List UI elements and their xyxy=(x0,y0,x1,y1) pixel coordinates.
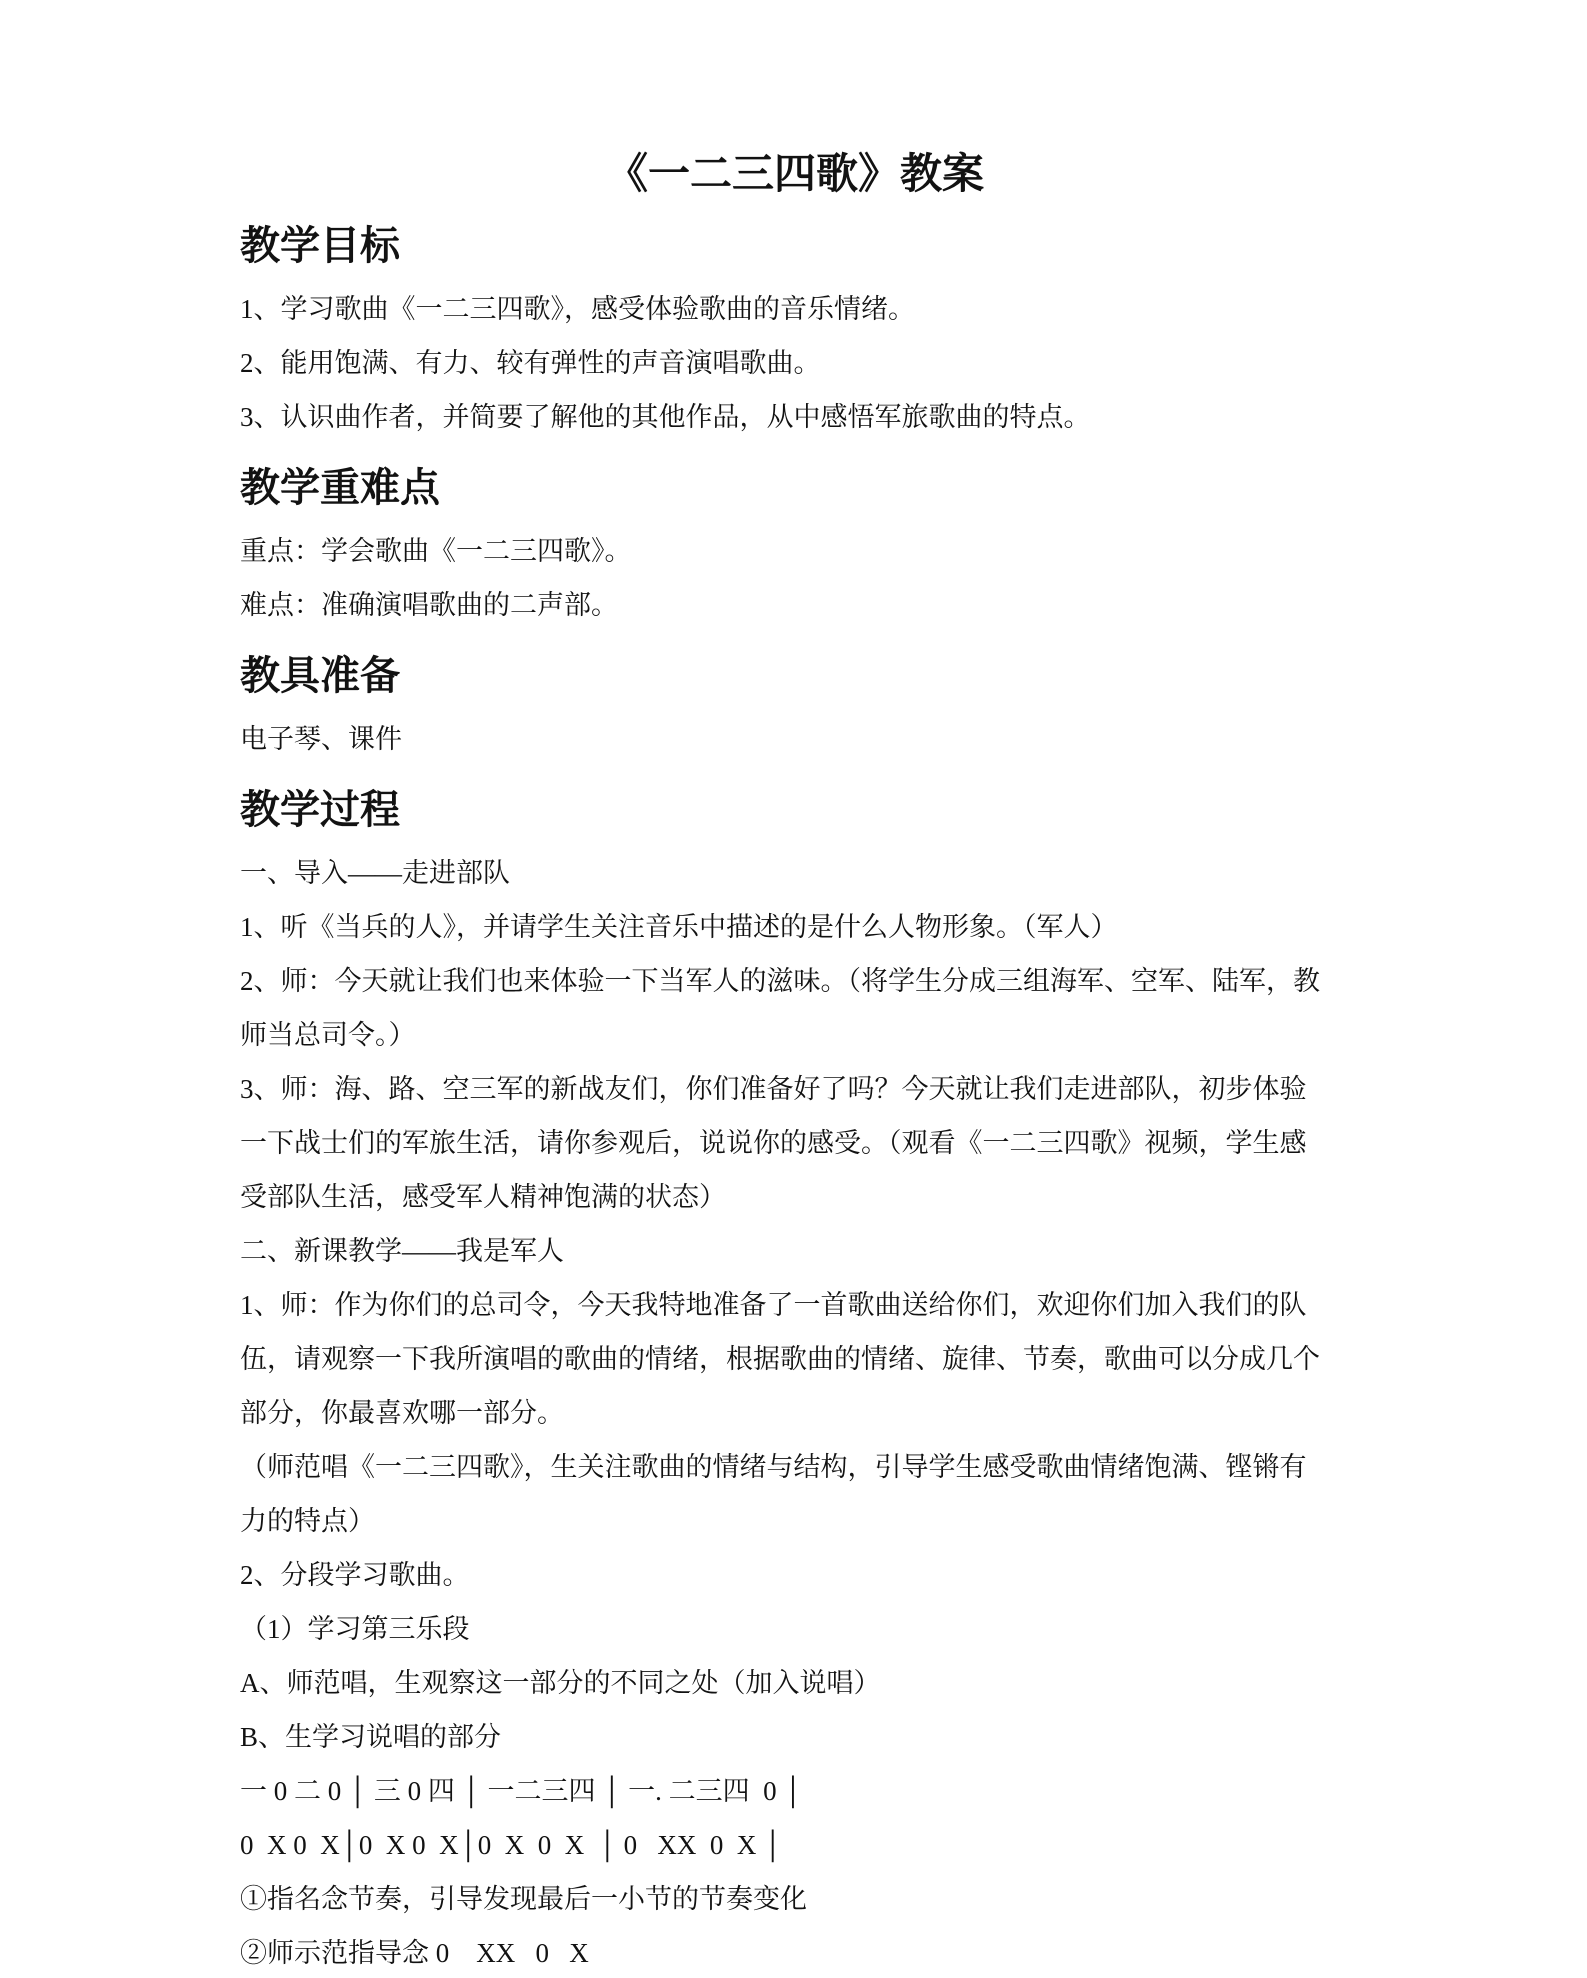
doc-line: 部分，你最喜欢哪一部分。 xyxy=(240,1386,1350,1440)
doc-line: 力的特点） xyxy=(240,1494,1350,1548)
rhythm-notation-line: 0 X 0 X│0 X 0 X│0 X 0 X │ 0 XX 0 X │ xyxy=(240,1818,1350,1872)
doc-line: ①指名念节奏，引导发现最后一小节的节奏变化 xyxy=(240,1872,1350,1926)
doc-line: （师范唱《一二三四歌》，生关注歌曲的情绪与结构，引导学生感受歌曲情绪饱满、铿锵有 xyxy=(240,1440,1350,1494)
doc-line: 1、听《当兵的人》，并请学生关注音乐中描述的是什么人物形象。（军人） xyxy=(240,900,1350,954)
section-heading-process: 教学过程 xyxy=(240,786,1350,834)
document-title: 《一二三四歌》教案 xyxy=(240,150,1350,200)
doc-line: B、生学习说唱的部分 xyxy=(240,1710,1350,1764)
doc-line: 二、新课教学——我是军人 xyxy=(240,1224,1350,1278)
doc-line: 2、分段学习歌曲。 xyxy=(240,1548,1350,1602)
doc-line: 伍，请观察一下我所演唱的歌曲的情绪，根据歌曲的情绪、旋律、节奏，歌曲可以分成几个 xyxy=(240,1332,1350,1386)
doc-line: 一下战士们的军旅生活，请你参观后，说说你的感受。（观看《一二三四歌》视频，学生感 xyxy=(240,1116,1350,1170)
doc-line: ②师示范指导念 0 XX 0 X xyxy=(240,1926,1350,1978)
section-heading-key-points: 教学重难点 xyxy=(240,464,1350,512)
doc-line: 难点：准确演唱歌曲的二声部。 xyxy=(240,578,1350,632)
doc-line: 重点：学会歌曲《一二三四歌》。 xyxy=(240,524,1350,578)
section-teaching-process: 教学过程 一、导入——走进部队 1、听《当兵的人》，并请学生关注音乐中描述的是什… xyxy=(240,786,1350,1978)
doc-line: 一、导入——走进部队 xyxy=(240,846,1350,900)
section-teaching-aids: 教具准备 电子琴、课件 xyxy=(240,652,1350,766)
doc-line: 师当总司令。） xyxy=(240,1008,1350,1062)
doc-line: 3、师：海、路、空三军的新战友们，你们准备好了吗？今天就让我们走进部队，初步体验 xyxy=(240,1062,1350,1116)
section-heading-objectives: 教学目标 xyxy=(240,222,1350,270)
doc-line: 电子琴、课件 xyxy=(240,712,1350,766)
doc-line: 1、师：作为你们的总司令，今天我特地准备了一首歌曲送给你们，欢迎你们加入我们的队 xyxy=(240,1278,1350,1332)
section-teaching-objectives: 教学目标 1、学习歌曲《一二三四歌》，感受体验歌曲的音乐情绪。 2、能用饱满、有… xyxy=(240,222,1350,444)
doc-line: A、师范唱，生观察这一部分的不同之处（加入说唱） xyxy=(240,1656,1350,1710)
rhythm-notation-line: 一 0 二 0 │ 三 0 四 │ 一二三四 │ 一. 二三四 0 │ xyxy=(240,1764,1350,1818)
doc-line: 2、师：今天就让我们也来体验一下当军人的滋味。（将学生分成三组海军、空军、陆军，… xyxy=(240,954,1350,1008)
doc-line: （1）学习第三乐段 xyxy=(240,1602,1350,1656)
document-page: 《一二三四歌》教案 教学目标 1、学习歌曲《一二三四歌》，感受体验歌曲的音乐情绪… xyxy=(0,0,1587,1978)
section-key-difficult-points: 教学重难点 重点：学会歌曲《一二三四歌》。 难点：准确演唱歌曲的二声部。 xyxy=(240,464,1350,632)
doc-line: 3、认识曲作者，并简要了解他的其他作品，从中感悟军旅歌曲的特点。 xyxy=(240,390,1350,444)
doc-line: 2、能用饱满、有力、较有弹性的声音演唱歌曲。 xyxy=(240,336,1350,390)
doc-line: 1、学习歌曲《一二三四歌》，感受体验歌曲的音乐情绪。 xyxy=(240,282,1350,336)
doc-line: 受部队生活，感受军人精神饱满的状态） xyxy=(240,1170,1350,1224)
section-heading-aids: 教具准备 xyxy=(240,652,1350,700)
